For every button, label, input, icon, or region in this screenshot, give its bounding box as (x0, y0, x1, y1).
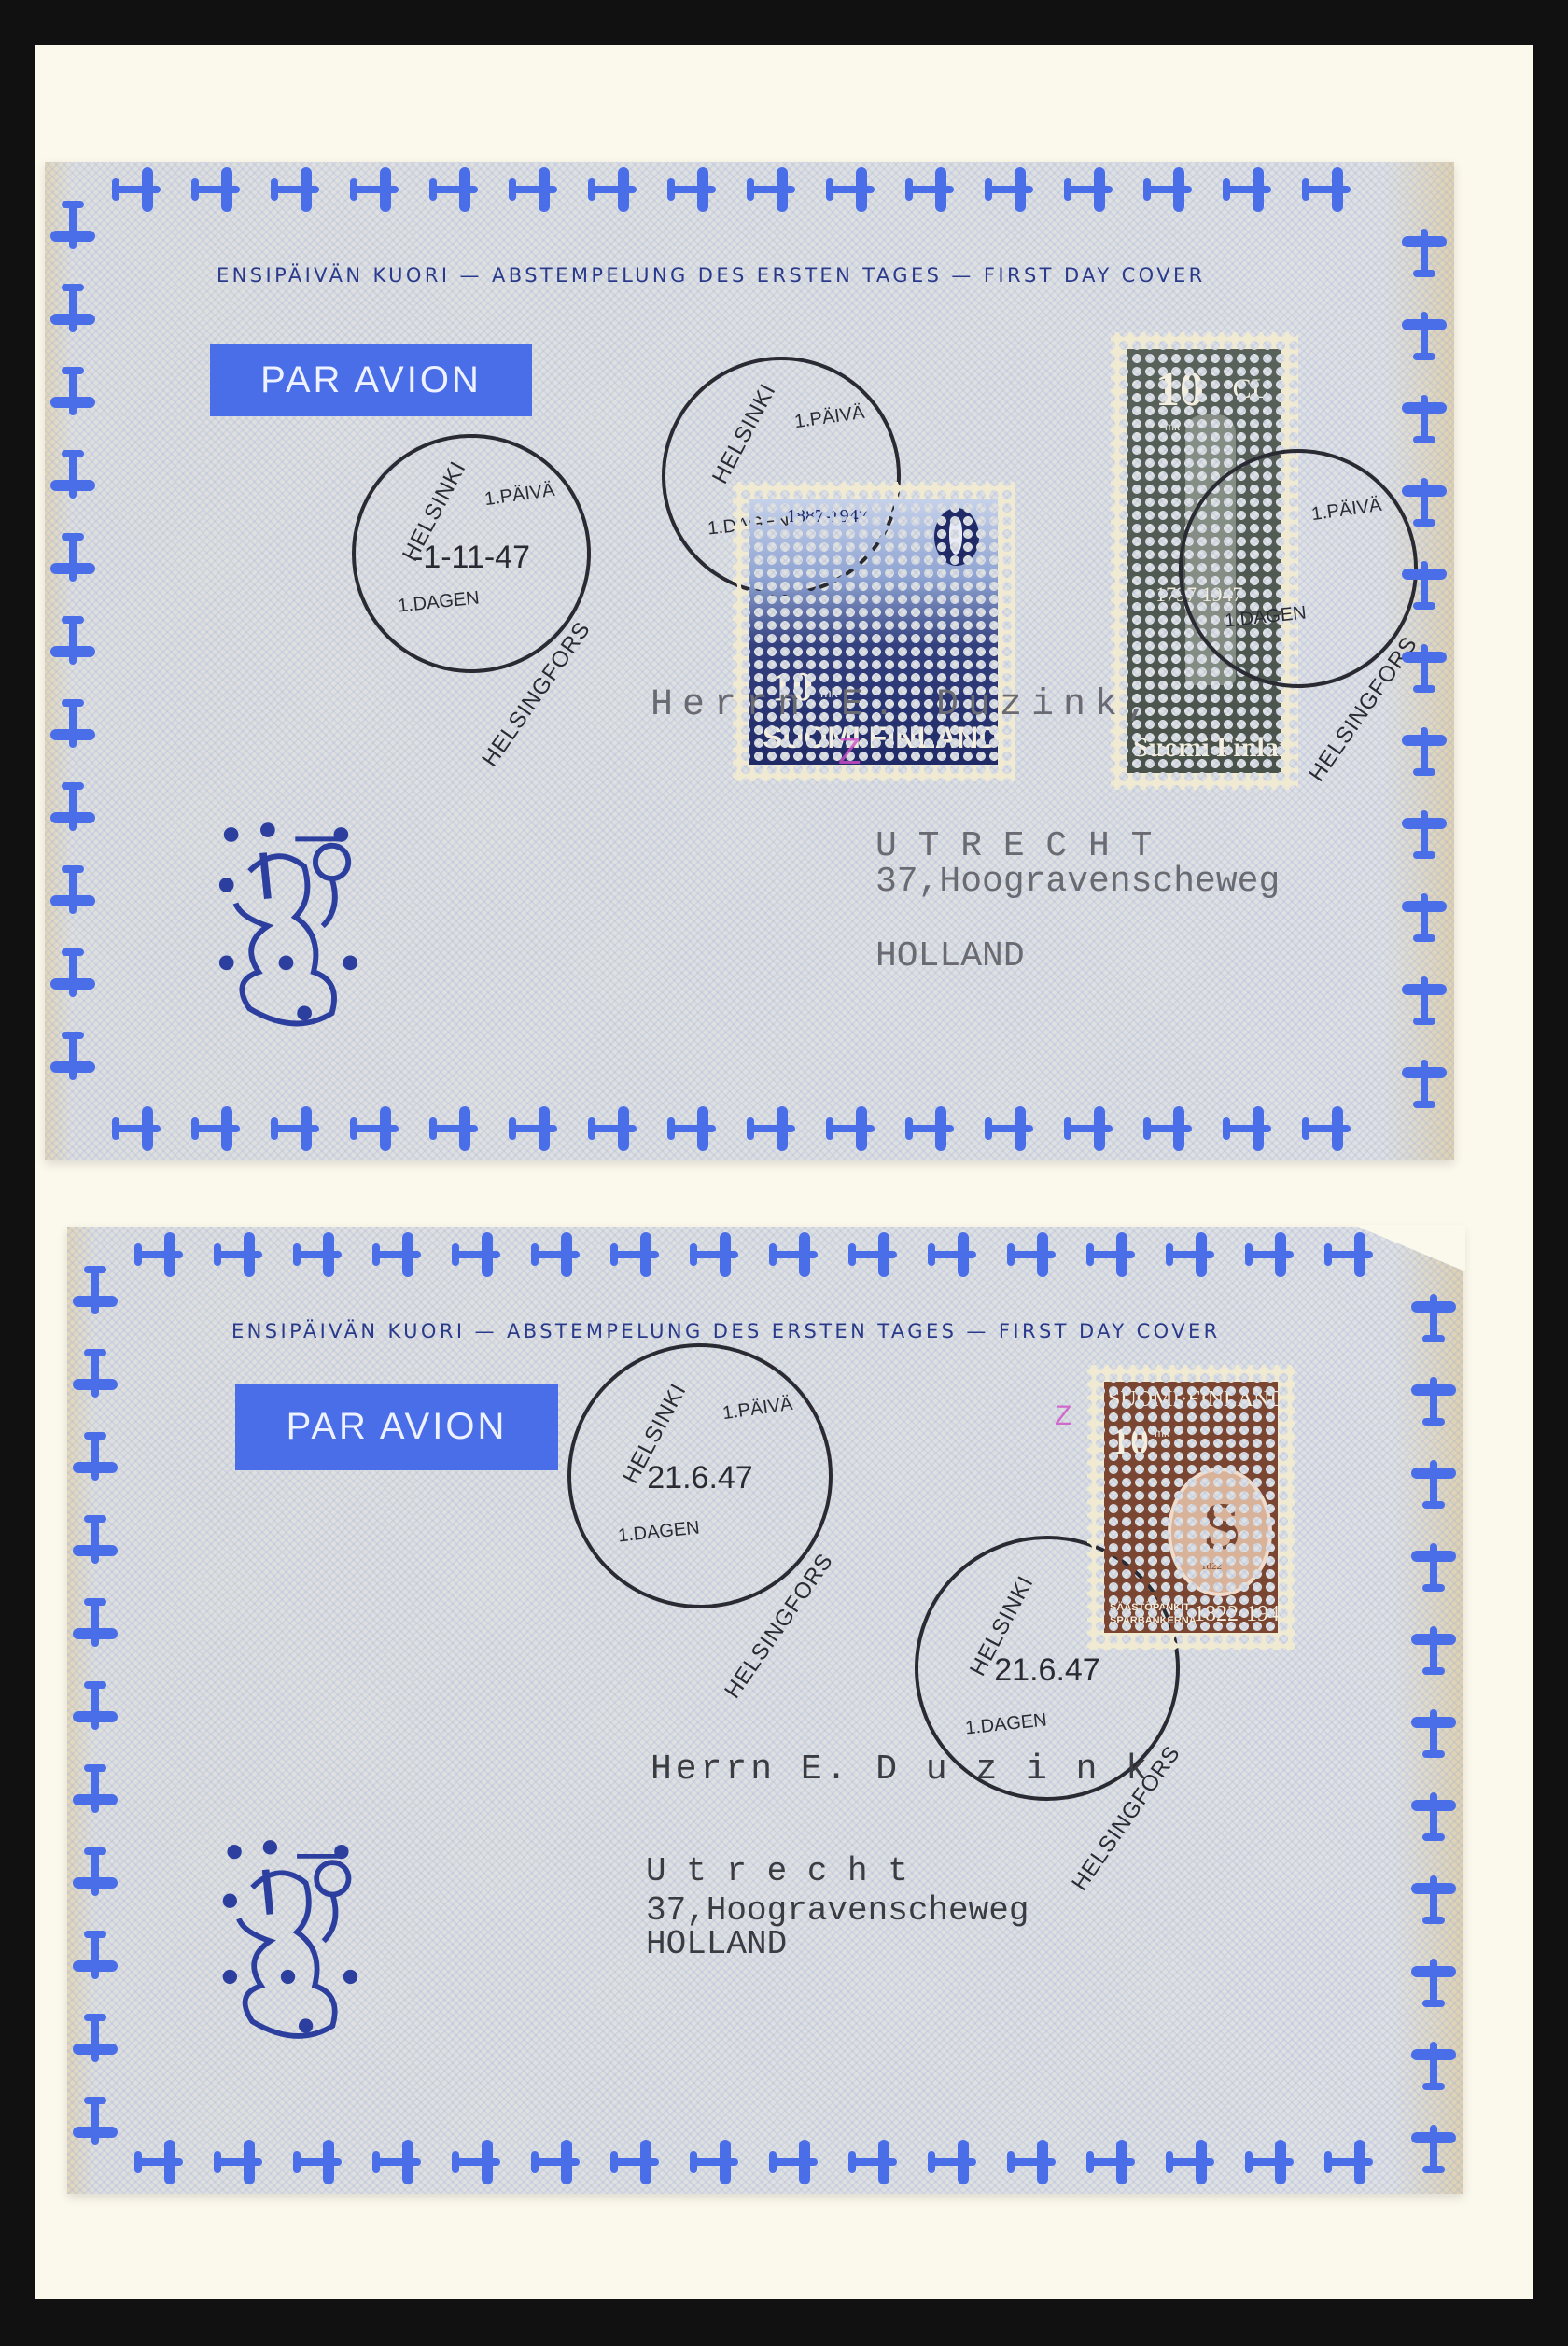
airplane-icon (133, 1232, 185, 1277)
airplane-icon (1411, 1458, 1456, 1510)
airplane-icon (1402, 642, 1447, 695)
airplane-icon (50, 697, 95, 750)
airplane-icon (688, 1232, 740, 1277)
airplane-icon (269, 1106, 321, 1151)
airplane-icon (665, 167, 718, 212)
airplane-icon (767, 2140, 819, 2184)
airplane-icon (745, 1106, 797, 1151)
airplane-icon (824, 167, 876, 212)
airplane-icon (50, 864, 95, 916)
airplane-icon (1402, 559, 1447, 611)
airplane-icon (529, 1232, 581, 1277)
airplane-icon (1411, 1375, 1456, 1427)
postmark: 1.PÄIVÄ 1.DAGEN HELSINGFORS (1179, 449, 1418, 688)
stamp-savings-banks: SUOMI·FINLAND 10 mk S 1822 SÄÄSTÖPANKIT … (1087, 1365, 1295, 1650)
airplane-icon (1411, 1707, 1456, 1760)
airplane-icon (50, 531, 95, 583)
airplane-icon (1062, 167, 1114, 212)
pencil-mark: Z (1055, 1400, 1071, 1432)
postmark: HELSINKI 1.PÄIVÄ 21.6.47 1.DAGEN HELSING… (567, 1343, 833, 1608)
address-name: Herrn E. Duzink, (651, 684, 1158, 726)
airplane-icon (371, 1232, 423, 1277)
airplane-icon (586, 167, 638, 212)
airplane-icon (1141, 167, 1194, 212)
airplane-icon (1005, 2140, 1057, 2184)
airplane-icon (348, 1106, 400, 1151)
airplane-icon (50, 947, 95, 999)
airplane-icon (1243, 2140, 1295, 2184)
airplane-icon (529, 2140, 581, 2184)
airplane-icon (269, 167, 321, 212)
address-street: 37,Hoogravenscheweg (646, 1891, 1029, 1930)
airplane-icon (903, 1106, 956, 1151)
airplane-icon (1300, 1106, 1352, 1151)
airplane-icon (291, 2140, 343, 2184)
pencil-mark: Z (838, 731, 861, 773)
airplane-icon (1141, 1106, 1194, 1151)
airplane-icon (212, 2140, 264, 2184)
airplane-icon (847, 1232, 899, 1277)
cover-header: ENSIPÄIVÄN KUORI — ABSTEMPELUNG DES ERST… (217, 264, 1206, 287)
airplane-icon (110, 1106, 162, 1151)
airplane-icon (1402, 975, 1447, 1027)
airplane-icon (189, 167, 242, 212)
airplane-icon (50, 614, 95, 667)
airplane-icon (1411, 1791, 1456, 1843)
airplane-icon (1411, 2123, 1456, 2175)
airplane-icon (1221, 1106, 1273, 1151)
savings-bank-emblem-icon: S 1822 (1168, 1468, 1272, 1596)
first-day-cover-2: ENSIPÄIVÄN KUORI — ABSTEMPELUNG DES ERST… (67, 1227, 1463, 2194)
airplane-icon (427, 167, 480, 212)
address-street: 37,Hoogravenscheweg (875, 862, 1280, 902)
airplane-icon (133, 2140, 185, 2184)
airplane-icon (1402, 892, 1447, 944)
airplane-icon (1062, 1106, 1114, 1151)
airplane-icon (983, 1106, 1035, 1151)
airplane-icon (586, 1106, 638, 1151)
airplane-icon (450, 1232, 502, 1277)
airplane-icon (1402, 725, 1447, 778)
airplane-icon (1402, 393, 1447, 445)
airplane-icon (1411, 1541, 1456, 1594)
cover-header: ENSIPÄIVÄN KUORI — ABSTEMPELUNG DES ERST… (231, 1320, 1221, 1342)
airplane-icon (73, 1430, 118, 1482)
airplane-icon (371, 2140, 423, 2184)
airplane-icon (73, 1763, 118, 1815)
airplane-icon (1085, 2140, 1137, 2184)
airplane-icon (1402, 1058, 1447, 1110)
airplane-icon (73, 1679, 118, 1732)
airplane-icon (507, 1106, 559, 1151)
airplane-icon (212, 1232, 264, 1277)
stamp-koli-landscape: 1887-1947 10 mk SUOMI FINLAND (733, 482, 1015, 781)
airplane-icon (50, 365, 95, 417)
airplane-icon (73, 1264, 118, 1316)
airplane-icon (983, 167, 1035, 212)
airplane-icon (50, 199, 95, 251)
airplane-icon (50, 1030, 95, 1082)
airplane-icon (926, 1232, 978, 1277)
airplane-icon (73, 1596, 118, 1649)
finnish-lion-coat-of-arms-icon (213, 815, 359, 1047)
airplane-icon (1411, 1624, 1456, 1677)
airplane-icon (1164, 1232, 1216, 1277)
airplane-icon (50, 780, 95, 833)
airplane-icon (1221, 167, 1273, 212)
finland-map-icon (934, 508, 979, 566)
airplane-icon (847, 2140, 899, 2184)
airplane-icon (73, 1846, 118, 1898)
airplane-icon (110, 167, 162, 212)
airplane-icon (903, 167, 956, 212)
airplane-icon (1411, 1292, 1456, 1344)
airplane-icon (73, 2012, 118, 2064)
address-city: U t r e c h t (646, 1852, 908, 1890)
address-country: HOLLAND (875, 936, 1025, 976)
airplane-icon (745, 167, 797, 212)
address-city: U T R E C H T (875, 826, 1152, 866)
airplane-icon (1402, 227, 1447, 279)
airplane-icon (1411, 2040, 1456, 2092)
airplane-icon (73, 2095, 118, 2147)
airplane-icon (1085, 1232, 1137, 1277)
airplane-icon (1411, 1957, 1456, 2009)
address-country: HOLLAND (646, 1925, 787, 1963)
par-avion-label: PAR AVION (235, 1384, 558, 1470)
airplane-icon (507, 167, 559, 212)
airplane-icon (73, 1513, 118, 1566)
airplane-icon (1402, 476, 1447, 528)
airplane-icon (1323, 1232, 1375, 1277)
airplane-icon (291, 1232, 343, 1277)
airplane-icon (427, 1106, 480, 1151)
airplane-icon (1411, 1874, 1456, 1926)
par-avion-label: PAR AVION (210, 344, 532, 416)
airplane-icon (1402, 310, 1447, 362)
airplane-icon (450, 2140, 502, 2184)
airplane-icon (50, 282, 95, 334)
airplane-icon (1164, 2140, 1216, 2184)
airplane-icon (348, 167, 400, 212)
first-day-cover-1: ENSIPÄIVÄN KUORI — ABSTEMPELUNG DES ERST… (45, 162, 1454, 1160)
address-name: Herrn E. D u z i n k (651, 1749, 1151, 1790)
airplane-icon (665, 1106, 718, 1151)
airplane-icon (824, 1106, 876, 1151)
airplane-icon (73, 1347, 118, 1399)
airplane-icon (926, 2140, 978, 2184)
airplane-icon (1300, 167, 1352, 212)
airplane-icon (1402, 808, 1447, 861)
airplane-icon (73, 1929, 118, 1981)
airplane-icon (189, 1106, 242, 1151)
airplane-icon (50, 448, 95, 500)
postmark: HELSINKI 1.PÄIVÄ -1-11-47 1.DAGEN HELSIN… (352, 434, 591, 673)
airplane-icon (609, 1232, 661, 1277)
airplane-icon (1243, 1232, 1295, 1277)
airplane-icon (1323, 2140, 1375, 2184)
airplane-icon (767, 1232, 819, 1277)
airplane-icon (1005, 1232, 1057, 1277)
airplane-icon (688, 2140, 740, 2184)
finnish-lion-coat-of-arms-icon (217, 1826, 359, 2065)
airplane-icon (609, 2140, 661, 2184)
